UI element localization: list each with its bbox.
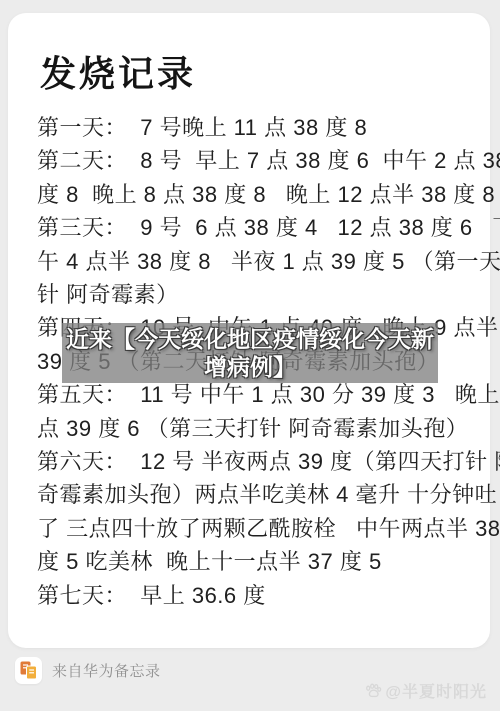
note-line: 第一天： 7 号晚上 11 点 38 度 8 <box>37 111 467 144</box>
paw-icon <box>365 683 382 699</box>
note-line: 度 8 晚上 8 点 38 度 8 晚上 12 点半 38 度 8 <box>37 178 467 211</box>
note-line: 第二天： 8 号 早上 7 点 38 度 6 中午 2 点 38 <box>37 144 467 177</box>
note-line: 针 阿奇霉素） <box>37 278 467 311</box>
memo-icon-glyph <box>19 661 38 680</box>
note-line: 第七天： 早上 36.6 度 <box>37 579 467 612</box>
caption-line: 增病例】 <box>204 353 296 382</box>
note-line: 了 三点四十放了两颗乙酰胺栓 中午两点半 38 <box>37 512 467 545</box>
note-line: 奇霉素加头孢）两点半吃美林 4 毫升 十分钟吐 <box>37 478 467 511</box>
note-line: 第五天： 11 号 中午 1 点 30 分 39 度 3 晚上八 <box>37 378 467 411</box>
note-line: 第六天： 12 号 半夜两点 39 度（第四天打针 阿 <box>37 445 467 478</box>
note-line: 度 5 吃美林 晚上十一点半 37 度 5 <box>37 545 467 578</box>
source-bar: 来自华为备忘录 <box>15 657 161 684</box>
watermark: @半夏时阳光 <box>365 679 487 702</box>
source-label: 来自华为备忘录 <box>52 660 161 681</box>
note-line: 午 4 点半 38 度 8 半夜 1 点 39 度 5 （第一天打 <box>37 245 467 278</box>
caption-line: 近来【今天绥化地区疫情绥化今天新 <box>66 325 434 354</box>
memo-icon <box>15 657 42 684</box>
caption-overlay: 近来【今天绥化地区疫情绥化今天新增病例】 <box>62 323 438 383</box>
note-title: 发烧记录 <box>40 53 196 95</box>
watermark-text: @半夏时阳光 <box>385 679 487 702</box>
note-line: 第三天： 9 号 6 点 38 度 4 12 点 38 度 6 下 <box>37 211 467 244</box>
note-line: 点 39 度 6 （第三天打针 阿奇霉素加头孢） <box>37 412 467 445</box>
